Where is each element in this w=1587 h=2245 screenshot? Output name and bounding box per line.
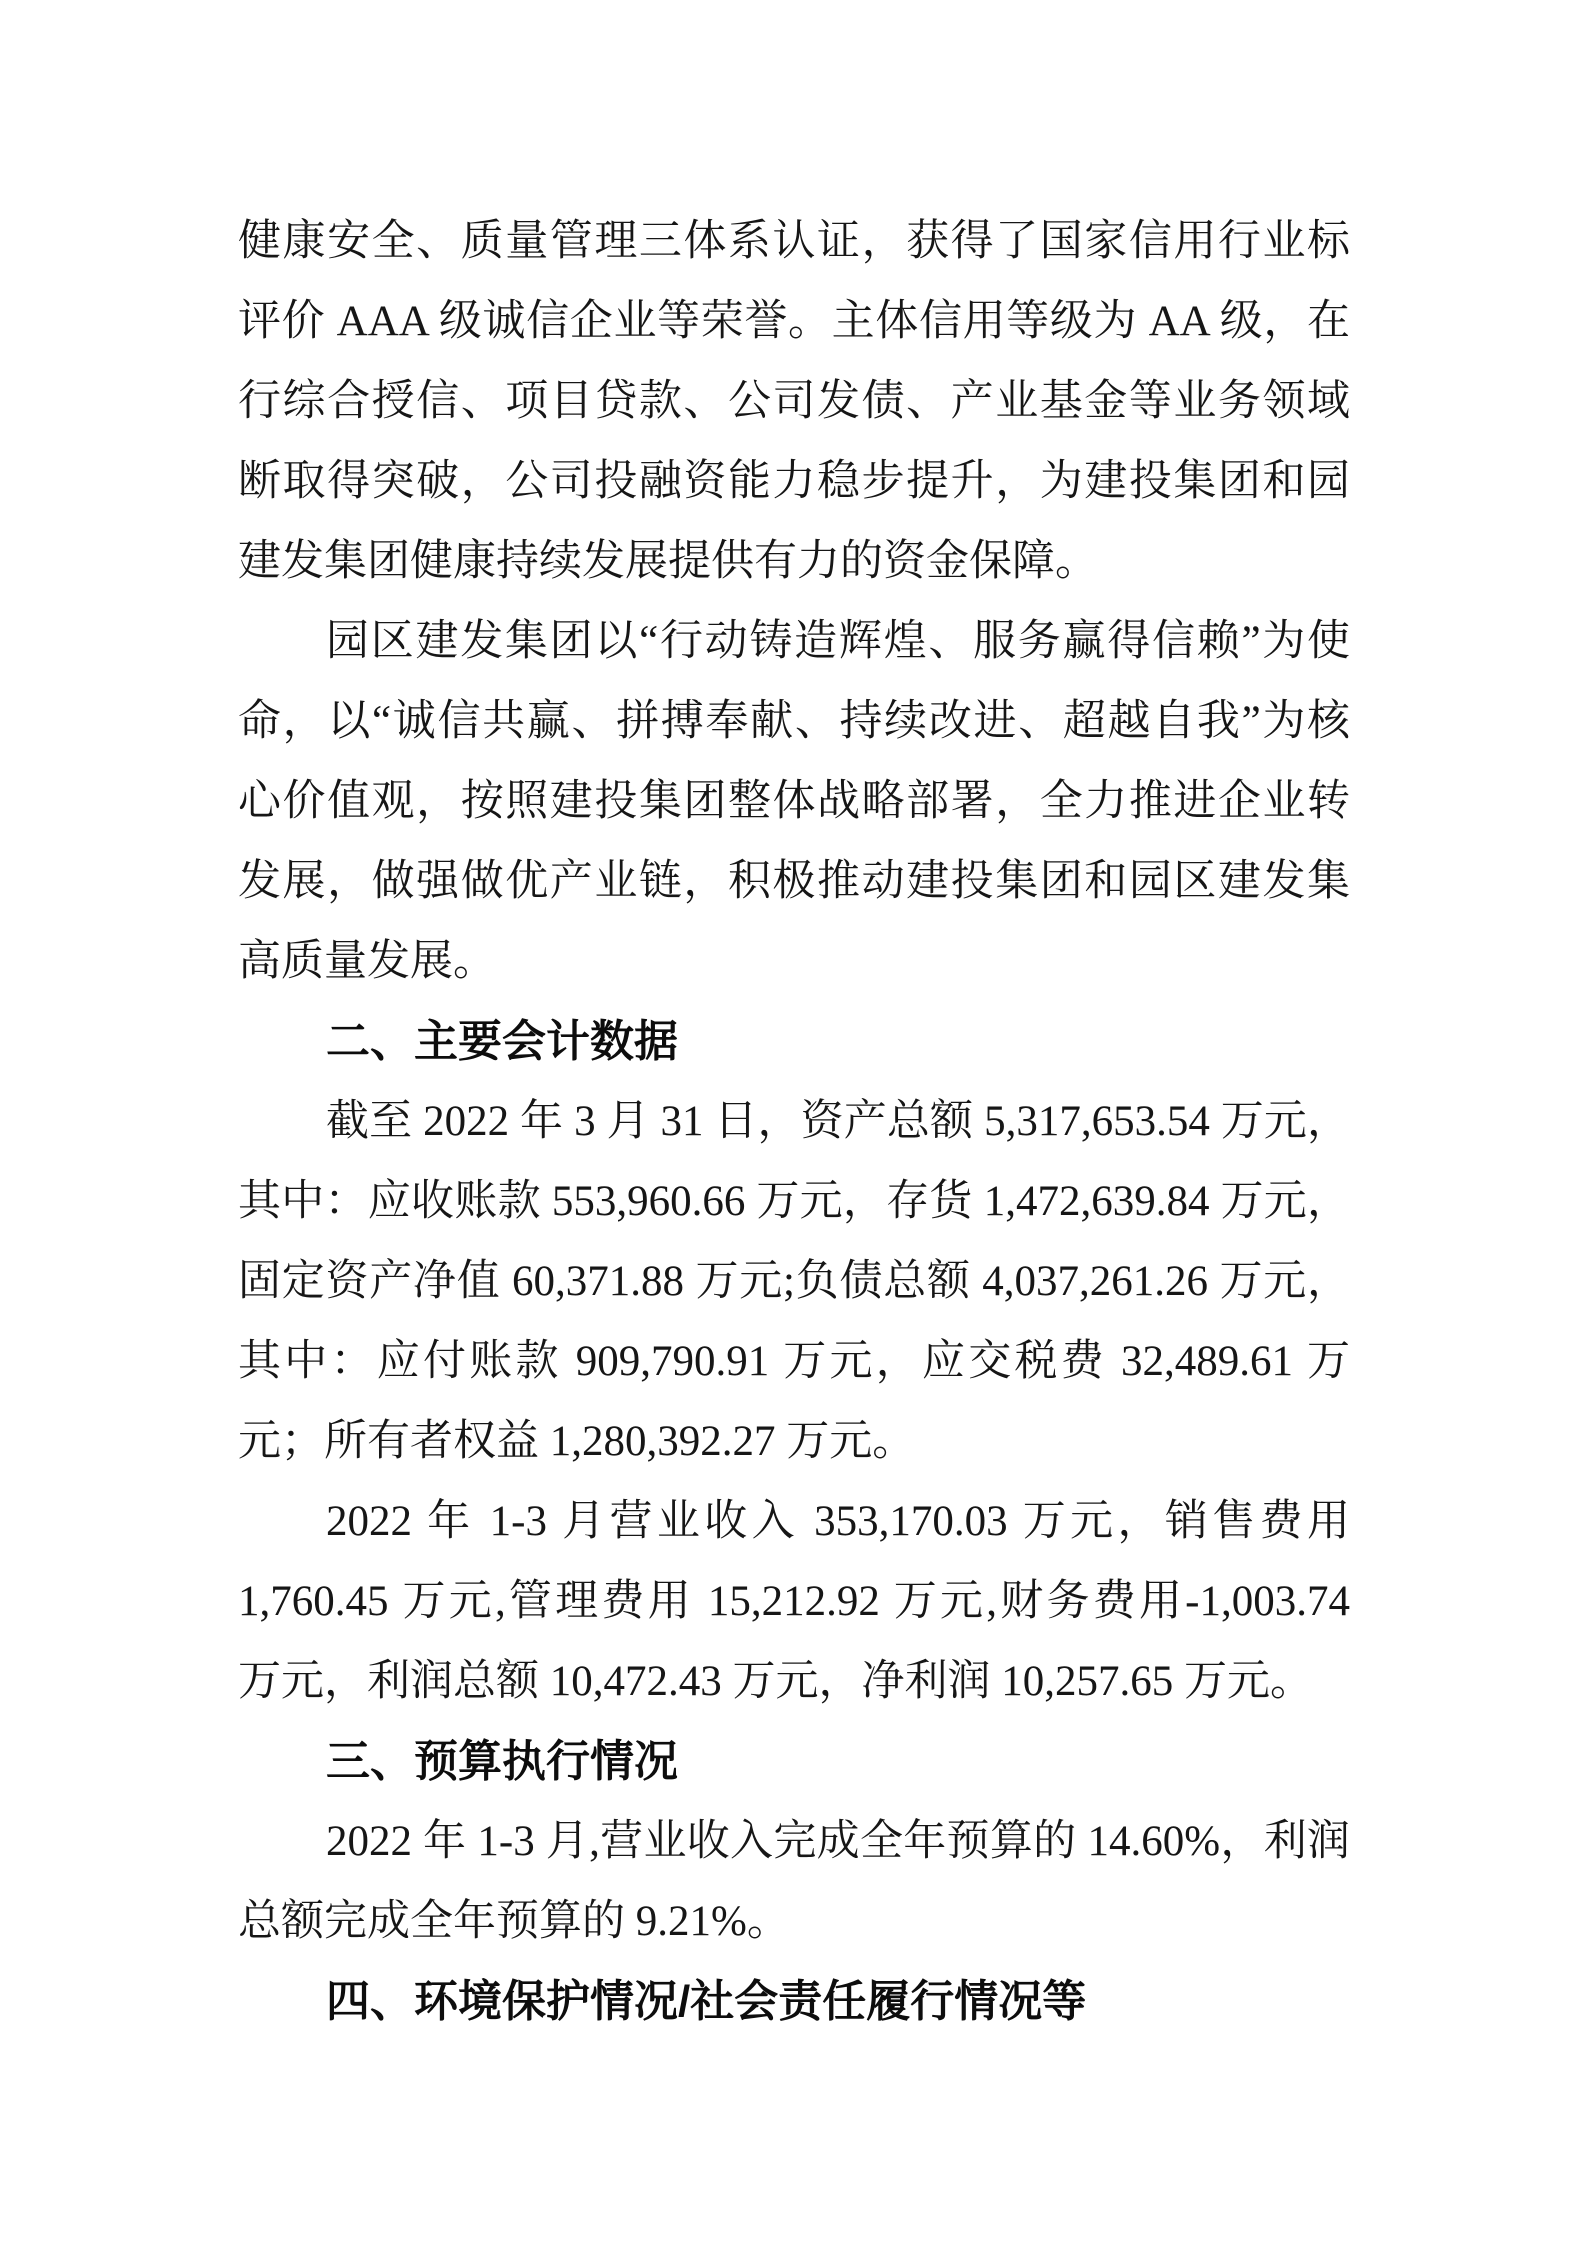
paragraph: 2022 年 1-3 月营业收入 353,170.03 万元，销售费用1,760…	[238, 1482, 1350, 1722]
text-line: 高质量发展。	[238, 922, 1350, 1002]
text-line: 总额完成全年预算的 9.21%。	[238, 1882, 1350, 1962]
text-line: 其中：应收账款 553,960.66 万元，存货 1,472,639.84 万元…	[238, 1162, 1350, 1242]
section-heading: 二、主要会计数据	[238, 1002, 1350, 1082]
paragraph: 健康安全、质量管理三体系认证，获得了国家信用行业标准评价 AAA 级诚信企业等荣…	[238, 202, 1350, 602]
text-line: 2022 年 1-3 月营业收入 353,170.03 万元，销售费用	[238, 1482, 1350, 1562]
text-line: 元；所有者权益 1,280,392.27 万元。	[238, 1402, 1350, 1482]
section-heading: 三、预算执行情况	[238, 1722, 1350, 1802]
text-line: 断取得突破，公司投融资能力稳步提升，为建投集团和园区	[238, 442, 1350, 522]
document-text: 健康安全、质量管理三体系认证，获得了国家信用行业标准评价 AAA 级诚信企业等荣…	[238, 202, 1350, 2042]
paragraph: 2022 年 1-3 月,营业收入完成全年预算的 14.60%，利润总额完成全年…	[238, 1802, 1350, 1962]
section-heading: 四、环境保护情况/社会责任履行情况等	[238, 1962, 1350, 2042]
text-line: 万元，利润总额 10,472.43 万元，净利润 10,257.65 万元。	[238, 1642, 1350, 1722]
paragraph: 园区建发集团以“行动铸造辉煌、服务赢得信赖”为使命，以“诚信共赢、拼搏奉献、持续…	[238, 602, 1350, 1002]
heading-text: 二、主要会计数据	[238, 1002, 1350, 1082]
text-line: 截至 2022 年 3 月 31 日，资产总额 5,317,653.54 万元，	[238, 1082, 1350, 1162]
text-line: 健康安全、质量管理三体系认证，获得了国家信用行业标准	[238, 202, 1350, 282]
heading-text: 四、环境保护情况/社会责任履行情况等	[238, 1962, 1350, 2042]
paragraph: 截至 2022 年 3 月 31 日，资产总额 5,317,653.54 万元，…	[238, 1082, 1350, 1482]
text-line: 2022 年 1-3 月,营业收入完成全年预算的 14.60%，利润	[238, 1802, 1350, 1882]
text-line: 园区建发集团以“行动铸造辉煌、服务赢得信赖”为使	[238, 602, 1350, 682]
text-line: 建发集团健康持续发展提供有力的资金保障。	[238, 522, 1350, 602]
text-line: 行综合授信、项目贷款、公司发债、产业基金等业务领域不	[238, 362, 1350, 442]
document-page: 健康安全、质量管理三体系认证，获得了国家信用行业标准评价 AAA 级诚信企业等荣…	[0, 0, 1587, 2245]
text-line: 固定资产净值 60,371.88 万元;负债总额 4,037,261.26 万元…	[238, 1242, 1350, 1322]
text-line: 1,760.45 万元,管理费用 15,212.92 万元,财务费用-1,003…	[238, 1562, 1350, 1642]
heading-text: 三、预算执行情况	[238, 1722, 1350, 1802]
text-line: 评价 AAA 级诚信企业等荣誉。主体信用等级为 AA 级，在银	[238, 282, 1350, 362]
text-line: 心价值观，按照建投集团整体战略部署，全力推进企业转型	[238, 762, 1350, 842]
text-line: 命，以“诚信共赢、拼搏奉献、持续改进、超越自我”为核	[238, 682, 1350, 762]
text-line: 其中：应付账款 909,790.91 万元，应交税费 32,489.61 万	[238, 1322, 1350, 1402]
text-line: 发展，做强做优产业链，积极推动建投集团和园区建发集团	[238, 842, 1350, 922]
